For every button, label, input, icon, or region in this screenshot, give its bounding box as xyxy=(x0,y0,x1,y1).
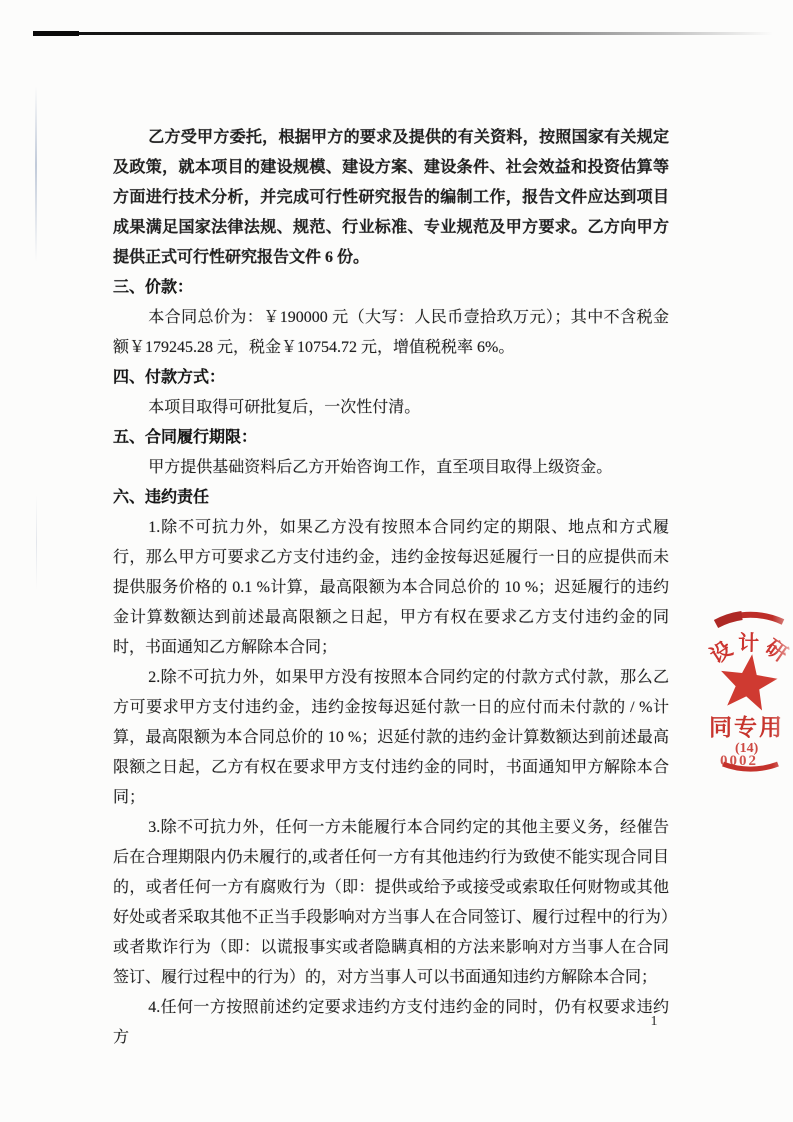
section-heading-breach: 六、违约责任 xyxy=(113,483,669,513)
seal-center-text: 同专用 xyxy=(709,714,784,740)
contract-body: 乙方受甲方委托，根据甲方的要求及提供的有关资料，按照国家有关规定及政策，就本项目… xyxy=(113,123,669,1053)
company-seal: 设计研 同专用 (14) 0002 xyxy=(670,605,793,780)
intro-paragraph: 乙方受甲方委托，根据甲方的要求及提供的有关资料，按照国家有关规定及政策，就本项目… xyxy=(113,123,669,273)
breach-clause-4: 4.任何一方按照前述约定要求违约方支付违约金的同时，仍有权要求违约方 xyxy=(113,993,669,1053)
section-heading-term: 五、合同履行期限： xyxy=(113,423,669,453)
breach-clause-1: 1.除不可抗力外，如果乙方没有按照本合同约定的期限、地点和方式履行，那么甲方可要… xyxy=(113,513,669,663)
breach-clause-3: 3.除不可抗力外，任何一方未能履行本合同约定的其他主要义务，经催告后在合理期限内… xyxy=(113,813,669,993)
scan-vertical-line-artifact xyxy=(36,495,37,590)
document-page: 乙方受甲方委托，根据甲方的要求及提供的有关资料，按照国家有关规定及政策，就本项目… xyxy=(0,0,793,1122)
section-paragraph-term: 甲方提供基础资料后乙方开始咨询工作，直至项目取得上级资金。 xyxy=(113,453,669,483)
section-paragraph-price: 本合同总价为：￥190000 元（大写：人民币壹拾玖万元）；其中不含税金额￥17… xyxy=(113,303,669,363)
section-heading-payment: 四、付款方式： xyxy=(113,363,669,393)
page-number: 1 xyxy=(644,1014,664,1030)
seal-serial: 0002 xyxy=(720,753,758,769)
section-paragraph-payment: 本项目取得可研批复后，一次性付清。 xyxy=(113,393,669,423)
scan-vertical-line-artifact xyxy=(35,86,37,262)
scan-streak-artifact xyxy=(33,32,773,35)
seal-top-arc-thick-end xyxy=(716,616,742,625)
breach-clause-2: 2.除不可抗力外，如果甲方没有按照本合同约定的付款方式付款，那么乙方可要求甲方支… xyxy=(113,663,669,813)
section-heading-price: 三、价款： xyxy=(113,273,669,303)
